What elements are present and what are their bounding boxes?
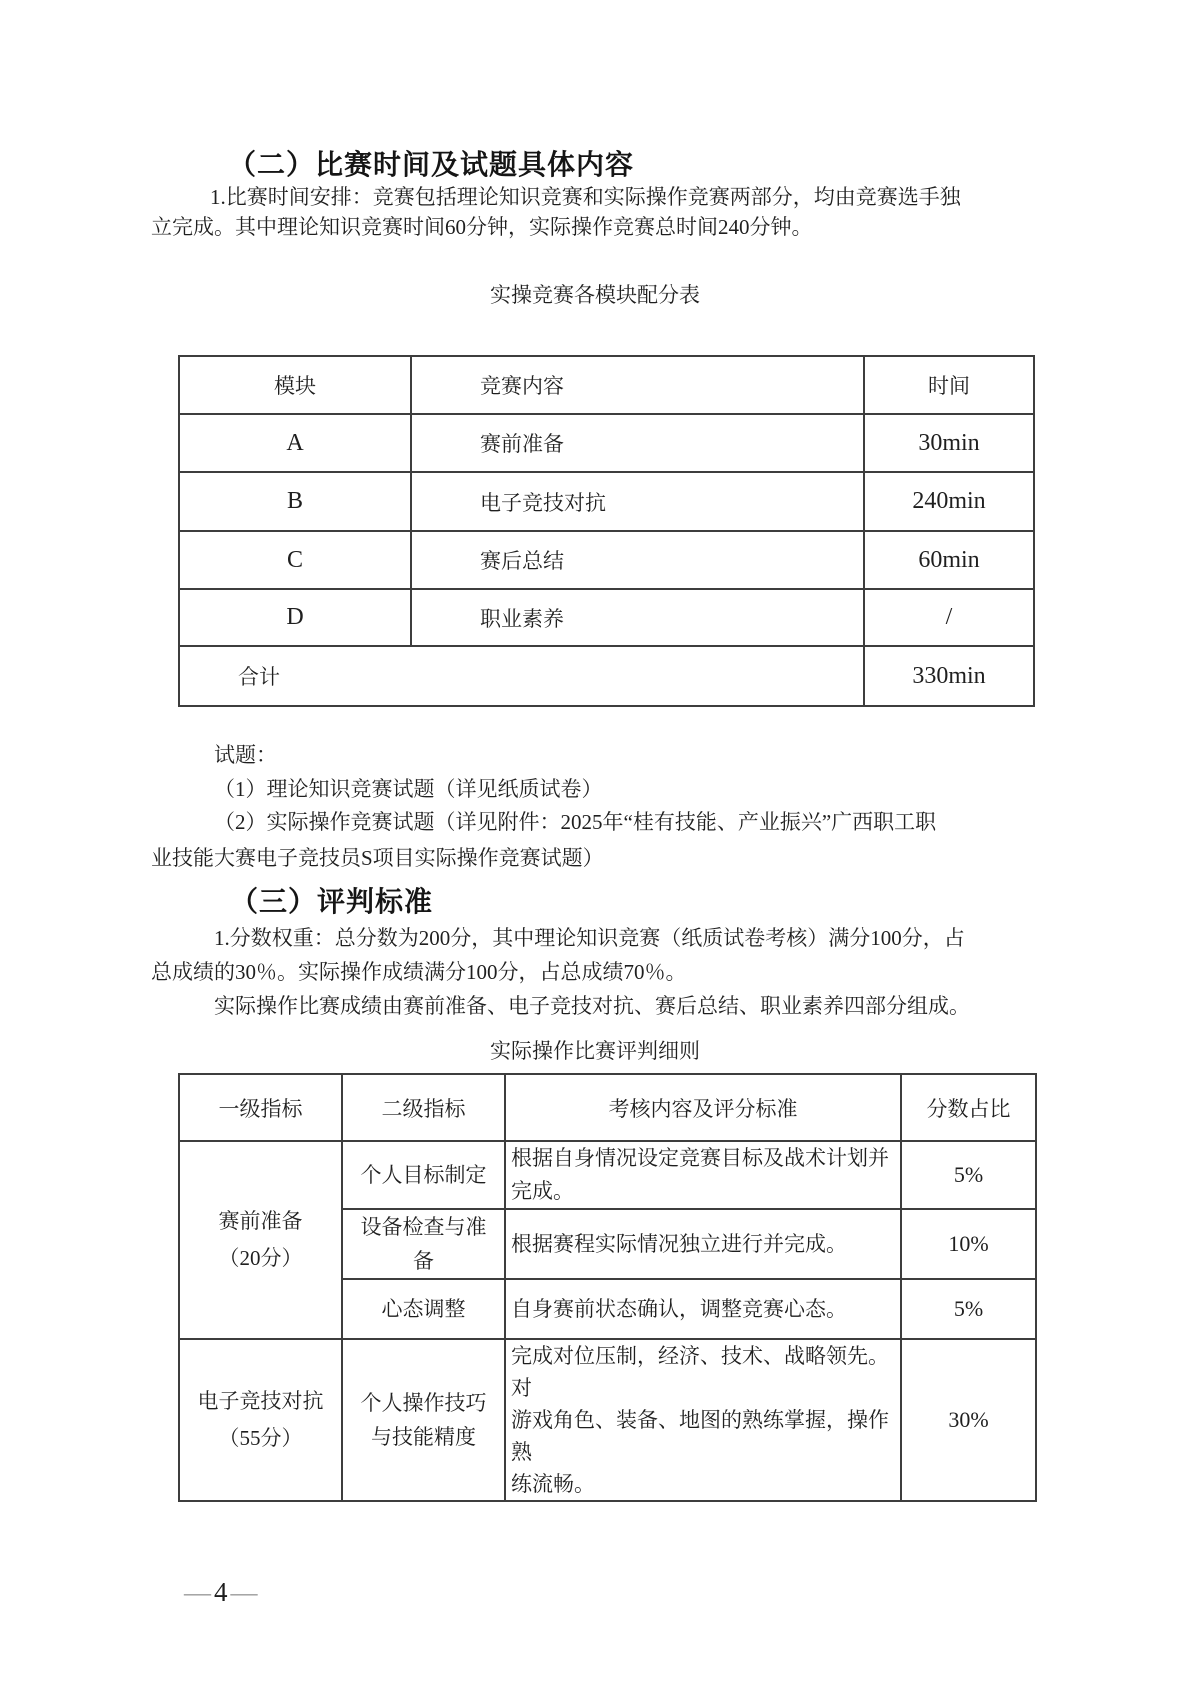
table-cell-time: 30min xyxy=(864,414,1034,472)
table-cell-module: A xyxy=(179,414,411,472)
table-cell-total-label: 合计 xyxy=(179,646,864,706)
table-cell-level1: 电子竞技对抗（55分） xyxy=(179,1339,342,1501)
level2-label: 心态调整 xyxy=(343,1292,504,1326)
table-header-cell: 二级指标 xyxy=(342,1074,505,1141)
table-header-cell: 时间 xyxy=(864,356,1034,414)
rubric-table-caption: 实际操作比赛评判细则 xyxy=(150,1040,1040,1063)
page-number: —4— xyxy=(181,1578,261,1606)
table-cell-content: 赛前准备 xyxy=(411,414,864,472)
table-cell-level1: 赛前准备（20分） xyxy=(179,1141,342,1339)
paragraph-line: 实际操作比赛成绩由赛前准备、电子竞技对抗、赛后总结、职业素养四部分组成。 xyxy=(214,995,970,1018)
table-cell-time: 60min xyxy=(864,531,1034,589)
table-cell-criteria: 根据自身情况设定竞赛目标及战术计划并完成。 xyxy=(505,1141,901,1209)
table-cell-level2: 个人操作技巧与技能精度 xyxy=(342,1339,505,1501)
table-cell-content: 赛后总结 xyxy=(411,531,864,589)
table-cell-score: 5% xyxy=(901,1279,1036,1339)
score-table-caption: 实操竞赛各模块配分表 xyxy=(150,284,1040,307)
table-cell-level2: 个人目标制定 xyxy=(342,1141,505,1209)
criteria-text: 根据自身情况设定竞赛目标及战术计划并完成。 xyxy=(506,1142,900,1208)
table-cell-time: / xyxy=(864,589,1034,646)
table-cell-module: D xyxy=(179,589,411,646)
table-header-cell: 模块 xyxy=(179,356,411,414)
criteria-text: 自身赛前状态确认，调整竞赛心态。 xyxy=(506,1293,900,1326)
section-heading-2: （二）比赛时间及试题具体内容 xyxy=(228,150,634,180)
page-number-dash: — xyxy=(184,1577,211,1607)
table-header-row: 一级指标 二级指标 考核内容及评分标准 分数占比 xyxy=(179,1074,1036,1141)
level2-label: 个人目标制定 xyxy=(343,1158,504,1192)
table-header-cell: 竞赛内容 xyxy=(411,356,864,414)
rubric-table: 一级指标 二级指标 考核内容及评分标准 分数占比 赛前准备（20分） 个人目标制… xyxy=(178,1073,1037,1502)
table-cell-score: 30% xyxy=(901,1339,1036,1501)
table-cell-time: 240min xyxy=(864,472,1034,531)
table-total-row: 合计 330min xyxy=(179,646,1034,706)
table-cell-score: 10% xyxy=(901,1209,1036,1279)
table-row: 赛前准备（20分） 个人目标制定 根据自身情况设定竞赛目标及战术计划并完成。 5… xyxy=(179,1141,1036,1209)
table-row: C 赛后总结 60min xyxy=(179,531,1034,589)
table-header-cell: 一级指标 xyxy=(179,1074,342,1141)
table-cell-score: 5% xyxy=(901,1141,1036,1209)
page-number-value: 4 xyxy=(214,1577,228,1607)
table-cell-criteria: 自身赛前状态确认，调整竞赛心态。 xyxy=(505,1279,901,1339)
table-cell-criteria: 根据赛程实际情况独立进行并完成。 xyxy=(505,1209,901,1279)
paragraph-line: 1.分数权重：总分数为200分，其中理论知识竞赛（纸质试卷考核）满分100分，占 xyxy=(214,927,965,950)
table-cell-level2: 设备检查与准备 xyxy=(342,1209,505,1279)
question-item-2-line: 业技能大赛电子竞技员S项目实际操作竞赛试题） xyxy=(151,847,604,870)
table-cell-total-time: 330min xyxy=(864,646,1034,706)
table-row: 电子竞技对抗（55分） 个人操作技巧与技能精度 完成对位压制，经济、技术、战略领… xyxy=(179,1339,1036,1501)
criteria-text: 根据赛程实际情况独立进行并完成。 xyxy=(506,1228,900,1261)
table-row: D 职业素养 / xyxy=(179,589,1034,646)
level1-label: 赛前准备（20分） xyxy=(180,1203,341,1277)
table-cell-criteria: 完成对位压制，经济、技术、战略领先。对游戏角色、装备、地图的熟练掌握，操作熟练流… xyxy=(505,1339,901,1501)
criteria-text: 完成对位压制，经济、技术、战略领先。对游戏角色、装备、地图的熟练掌握，操作熟练流… xyxy=(506,1340,900,1500)
section-heading-3: （三）评判标准 xyxy=(230,887,433,917)
question-item-2-line: （2）实际操作竞赛试题（详见附件：2025年“桂有技能、产业振兴”广西职工职 xyxy=(214,811,936,834)
table-header-row: 模块 竞赛内容 时间 xyxy=(179,356,1034,414)
table-header-cell: 分数占比 xyxy=(901,1074,1036,1141)
questions-lead: 试题： xyxy=(214,744,277,767)
page-number-dash: — xyxy=(231,1577,258,1607)
table-cell-module: C xyxy=(179,531,411,589)
paragraph-line: 立完成。其中理论知识竞赛时间60分钟，实际操作竞赛总时间240分钟。 xyxy=(151,216,813,239)
question-item-1: （1）理论知识竞赛试题（详见纸质试卷） xyxy=(214,778,603,801)
level1-label: 电子竞技对抗（55分） xyxy=(180,1383,341,1457)
table-row: A 赛前准备 30min xyxy=(179,414,1034,472)
score-table: 模块 竞赛内容 时间 A 赛前准备 30min B 电子竞技对抗 240min … xyxy=(178,355,1035,707)
paragraph-line: 1.比赛时间安排：竞赛包括理论知识竞赛和实际操作竞赛两部分，均由竞赛选手独 xyxy=(210,186,961,209)
table-header-cell: 考核内容及评分标准 xyxy=(505,1074,901,1141)
level2-label: 设备检查与准备 xyxy=(343,1210,504,1278)
table-cell-content: 电子竞技对抗 xyxy=(411,472,864,531)
table-cell-content: 职业素养 xyxy=(411,589,864,646)
document-page: （二）比赛时间及试题具体内容 1.比赛时间安排：竞赛包括理论知识竞赛和实际操作竞… xyxy=(0,0,1199,1696)
table-cell-module: B xyxy=(179,472,411,531)
table-cell-level2: 心态调整 xyxy=(342,1279,505,1339)
table-row: B 电子竞技对抗 240min xyxy=(179,472,1034,531)
level2-label: 个人操作技巧与技能精度 xyxy=(343,1386,504,1454)
paragraph-line: 总成绩的30％。实际操作成绩满分100分，占总成绩70％。 xyxy=(151,961,687,984)
